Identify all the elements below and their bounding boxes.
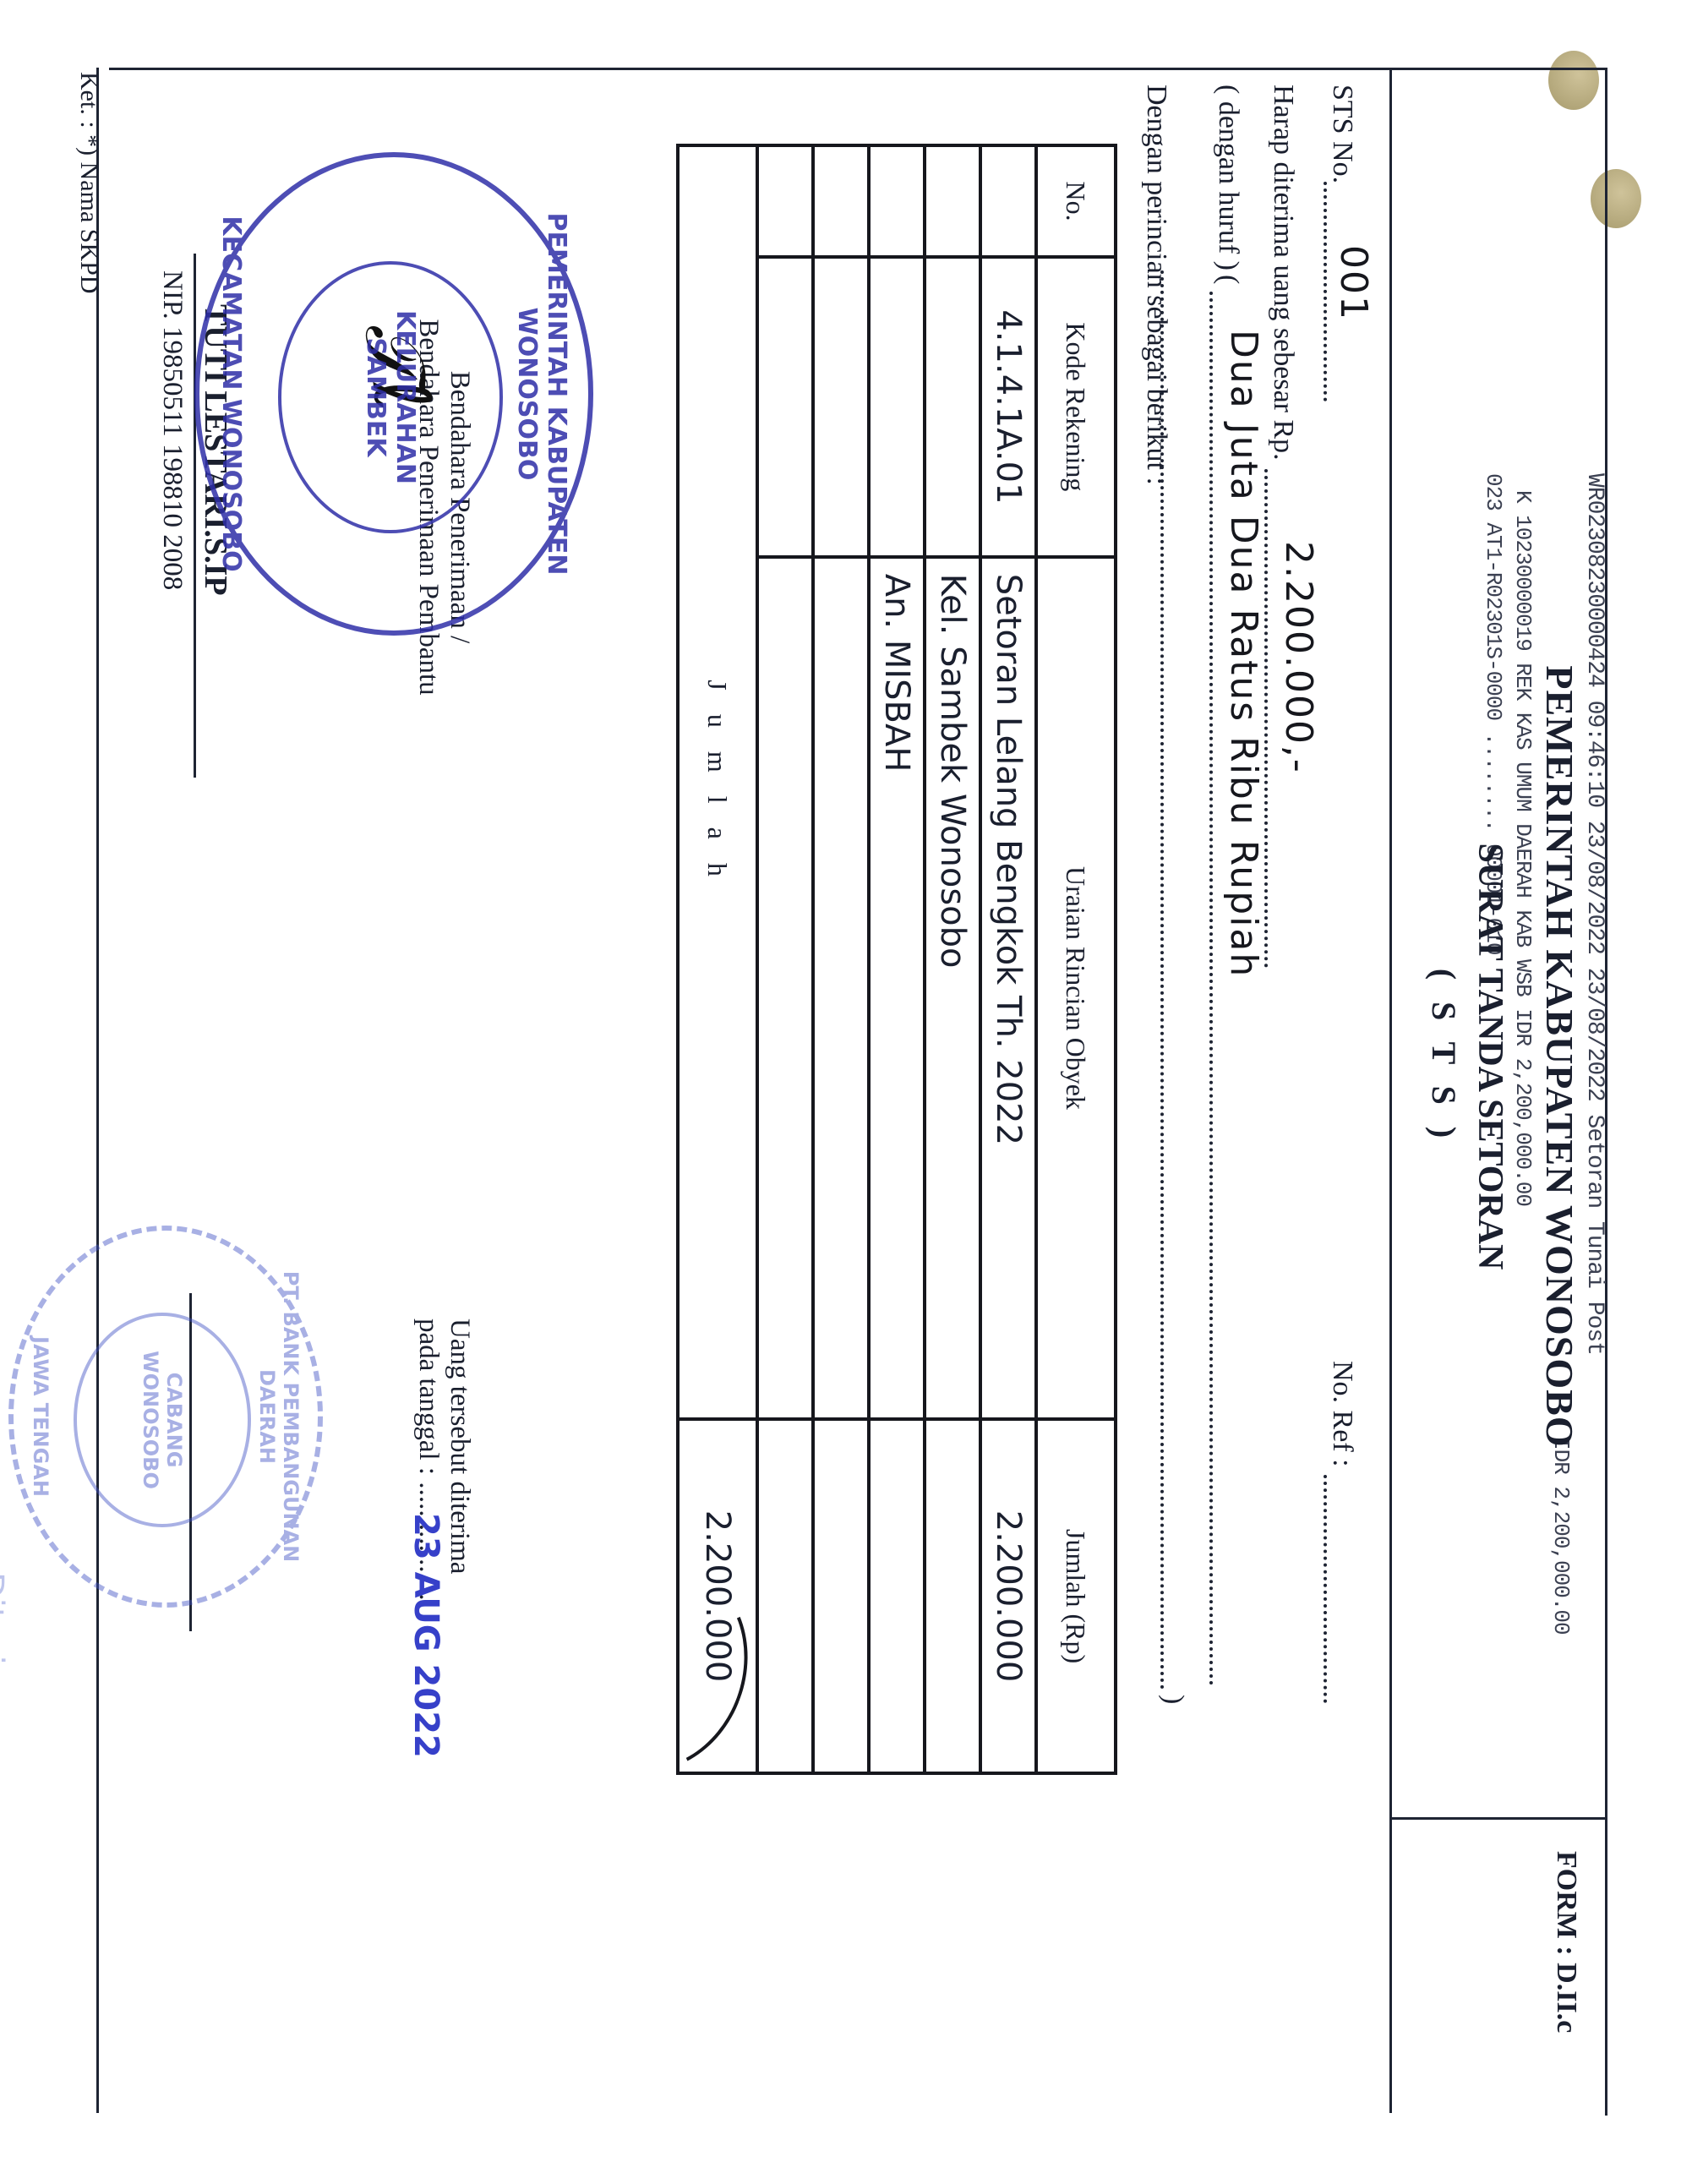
detail-intro: Dengan perincian sebagai berikut :: [1140, 85, 1172, 485]
cell-kode[interactable]: [757, 257, 813, 557]
cell-uraian[interactable]: Kel. Sambek Wonosobo: [925, 557, 980, 1419]
words-close-paren: ): [1157, 1695, 1189, 1704]
no-ref-label: No. Ref :: [1326, 1361, 1358, 1467]
words-open-paren: (: [1212, 275, 1244, 284]
cell-uraian[interactable]: An. MISBAH: [869, 557, 925, 1419]
header-jumlah: Jumlah (Rp): [1036, 1419, 1116, 1773]
cell-jumlah[interactable]: [869, 1419, 925, 1773]
treasurer-nip: NIP. 19850511 198810 2008: [156, 270, 188, 590]
table-row: Kel. Sambek Wonosobo: [925, 145, 980, 1773]
treasurer-signature-line: [194, 254, 196, 778]
form-frame-bottom: [96, 68, 99, 2113]
header-no: No.: [1036, 145, 1116, 257]
no-ref-line: [1324, 1475, 1327, 1703]
table-row: An. MISBAH: [869, 145, 925, 1773]
cell-uraian[interactable]: Setoran Lelang Bengkok Th. 2022: [980, 557, 1036, 1419]
bank-received-label: Uang tersebut diterima: [444, 1319, 475, 1741]
words-label: ( dengan huruf ): [1212, 85, 1244, 270]
rincian-table: No. Kode Rekening Uraian Rincian Obyek J…: [676, 144, 1117, 1775]
table-row: 4.1.4.1A.01 Setoran Lelang Bengkok Th. 2…: [980, 145, 1036, 1773]
sts-no-value[interactable]: 001: [1332, 245, 1375, 321]
header-uraian: Uraian Rincian Obyek: [1036, 557, 1116, 1419]
cell-jumlah[interactable]: [757, 1419, 813, 1773]
cell-no[interactable]: [869, 145, 925, 257]
form-code: FORM : D.II.c: [1550, 1851, 1582, 2033]
cell-kode[interactable]: [813, 257, 869, 557]
amount-label: Harap diterima uang sebesar Rp.: [1267, 85, 1299, 461]
table-total-row: J u m l a h 2.200.000: [678, 145, 757, 1773]
cell-no[interactable]: [980, 145, 1036, 257]
cell-jumlah[interactable]: [925, 1419, 980, 1773]
cell-kode[interactable]: [869, 257, 925, 557]
document-abbr: ( S T S ): [1424, 507, 1464, 1606]
amount-value[interactable]: 2.200.000,-: [1277, 541, 1320, 774]
table-header-row: No. Kode Rekening Uraian Rincian Obyek J…: [1036, 145, 1116, 1773]
header-kode-rekening: Kode Rekening: [1036, 257, 1116, 557]
cell-jumlah[interactable]: 2.200.000: [980, 1419, 1036, 1773]
cell-kode[interactable]: [925, 257, 980, 557]
cell-no[interactable]: [757, 145, 813, 257]
cell-no[interactable]: [925, 145, 980, 257]
footnote: Ket. : *) Nama SKPD: [74, 72, 103, 293]
sts-no-label: STS No.: [1326, 85, 1358, 183]
cell-jumlah[interactable]: [813, 1419, 869, 1773]
received-date-stamp: 23 AUG 2022: [407, 1513, 445, 1758]
table-row: [813, 145, 869, 1773]
teller-validation-line: K 10230000019 REK KAS UMUM DAERAH KAB WS…: [1510, 490, 1536, 1206]
government-title: PEMERINTAH KABUPATEN WONOSOBO: [1537, 507, 1582, 1606]
words-line: [1209, 292, 1213, 1686]
header-divider: [1389, 68, 1392, 2113]
sts-no-line: [1324, 182, 1327, 401]
cell-uraian[interactable]: [757, 557, 813, 1419]
total-label: J u m l a h: [678, 145, 757, 1419]
cell-no[interactable]: [813, 145, 869, 257]
teller-validation-line: WR02308230000424 09:46:10 23/08/2022 23/…: [1581, 473, 1607, 1355]
bank-stamp: PT. BANK PEMBANGUNAN DAERAH CABANG WONOS…: [8, 1226, 323, 1608]
sts-document: FORM : D.II.c WR02308230000424 09:46:10 …: [0, 0, 1692, 2184]
table-row: [757, 145, 813, 1773]
government-stamp: PEMERINTAH KABUPATEN WONOSOBO KELURAHAN …: [194, 152, 593, 636]
words-value[interactable]: Dua Juta Dua Ratus Ribu Rupiah: [1222, 330, 1265, 978]
bank-received-stamp-text: Diterima: [0, 1572, 10, 1718]
cell-uraian[interactable]: [813, 557, 869, 1419]
document-title: SURAT TANDA SETORAN: [1470, 507, 1510, 1606]
cell-kode[interactable]: 4.1.4.1A.01: [980, 257, 1036, 557]
